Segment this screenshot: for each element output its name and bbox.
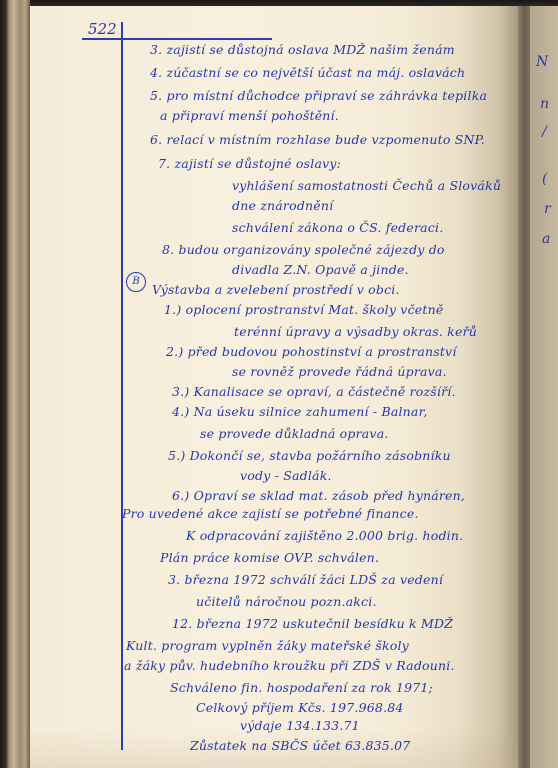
handwritten-line: schválení zákona o ČS. federaci. (232, 222, 443, 235)
facing-page-fragment: r (544, 201, 551, 217)
handwritten-line: 4.) Na úseku silnice zahumení - Balnar, (172, 406, 428, 419)
handwritten-line: a žáky pův. hudebního kroužku při ZDŠ v … (124, 660, 455, 673)
finance-line: Zůstatek na SBČS účet 63.835.07 (190, 740, 410, 753)
handwritten-line: učitelů náročnou pozn.akci. (196, 596, 377, 609)
section-heading: Výstavba a zvelebení prostředí v obci. (152, 284, 400, 297)
handwritten-line: 5.) Dokončí se, stavba požárního zásobní… (168, 450, 451, 463)
section-mark-circled: B (126, 272, 146, 292)
handwritten-line: 6.) Opraví se sklad mat. zásob před hyná… (172, 490, 465, 503)
handwritten-line: 6. relací v místním rozhlase bude vzpome… (150, 134, 485, 147)
handwritten-line: 1.) oplocení prostranství Mat. školy vče… (164, 304, 443, 317)
handwritten-line: terénní úpravy a výsadby okras. keřů (234, 326, 477, 339)
handwritten-line: vyhlášení samostatnosti Čechů a Slováků (232, 180, 501, 193)
page-stack-edge (0, 0, 30, 768)
finance-line: Celkový příjem Kčs. 197.968.84 (196, 702, 404, 715)
finance-line: výdaje 134.133.71 (240, 720, 360, 733)
facing-page-fragment: a (542, 231, 550, 247)
handwritten-line: 3.) Kanalisace se opraví, a částečně roz… (172, 386, 456, 399)
handwritten-line: Kult. program vyplněn žáky mateřské škol… (126, 640, 409, 653)
handwritten-line: vody - Sadlák. (240, 470, 332, 483)
facing-page-fragment: N (536, 54, 548, 70)
handwritten-line: Pro uvedené akce zajistí se potřebné fin… (122, 508, 419, 521)
binding-gutter (518, 6, 530, 768)
facing-page-fragment: n (540, 96, 549, 112)
facing-page: N n / ( r a (530, 6, 558, 768)
handwritten-line: 2.) před budovou pohostinství a prostran… (166, 346, 457, 359)
handwritten-line: 12. března 1972 uskutečnil besídku k MDŽ (172, 618, 453, 631)
handwritten-line: 3. zajistí se důstojná oslava MDŽ našim … (150, 44, 455, 57)
handwritten-line: Schváleno fin. hospodaření za rok 1971; (170, 682, 433, 695)
handwritten-line: 8. budou organizovány společné zájezdy d… (162, 244, 445, 257)
handwritten-line: K odpracování zajištěno 2.000 brig. hodi… (186, 530, 463, 543)
margin-line-horizontal (82, 38, 272, 40)
margin-line-vertical (121, 22, 123, 750)
handwritten-line: se provede důkladná oprava. (200, 428, 389, 441)
handwritten-line: dne znárodnění (232, 200, 333, 213)
handwritten-line: 7. zajistí se důstojné oslavy: (158, 158, 341, 171)
handwritten-line: a připraví menší pohoštění. (160, 110, 339, 123)
page-number: 522 (88, 20, 117, 38)
handwritten-line: divadla Z.N. Opavě a jinde. (232, 264, 409, 277)
handwritten-line: 4. zúčastní se co největší účast na máj.… (150, 67, 465, 80)
handwritten-line: 5. pro místní důchodce připraví se záhrá… (150, 90, 487, 103)
facing-page-fragment: / (542, 124, 547, 140)
scanned-notebook-page: N n / ( r a 522 B 3. zajistí se důstojná… (0, 0, 558, 768)
handwritten-line: se rovněž provede řádná úprava. (232, 366, 447, 379)
handwritten-line: 3. března 1972 schválí žáci LDŠ za veden… (168, 574, 443, 587)
handwritten-line: Plán práce komise OVP. schválen. (160, 552, 379, 565)
facing-page-fragment: ( (542, 171, 547, 187)
